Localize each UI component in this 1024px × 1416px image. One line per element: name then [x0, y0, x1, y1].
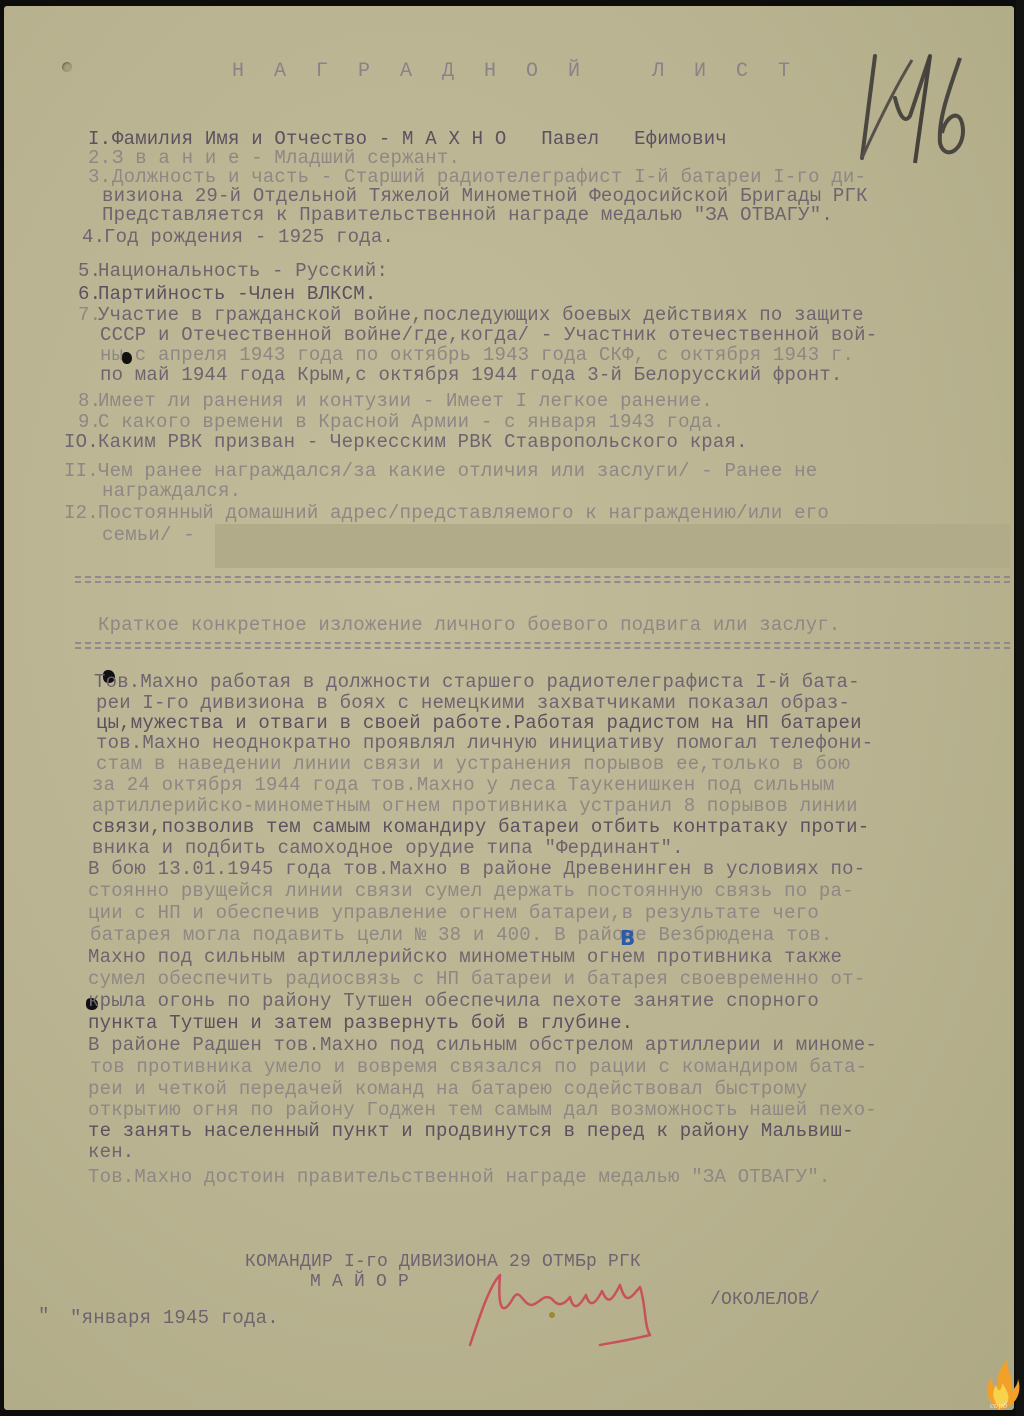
- field-4-num: 4.: [82, 228, 105, 247]
- narrative-line: пункта Тутшен и затем развернуть бой в г…: [88, 1014, 633, 1033]
- field-10-num: IO.: [64, 433, 99, 452]
- narrative-line: кен.: [88, 1143, 134, 1162]
- field-11-previous-awards: Чем ранее награждался/за какие отличия и…: [98, 462, 817, 481]
- narrative-line: Тов.Махно работая в должности старшего р…: [94, 673, 860, 692]
- narrative-line: Тов.Махно достоин правительственной нагр…: [88, 1168, 831, 1187]
- field-12-line-2: семьи/ -: [102, 526, 195, 545]
- field-3-award-line: Представляется к Правительственной награ…: [102, 206, 833, 225]
- narrative-line: тов противника умело и вовремя связался …: [90, 1058, 867, 1077]
- narrative-line: артиллерийско-минометным огнем противник…: [92, 797, 858, 816]
- narrative-line: В районе Радшен тов.Махно под сильным об…: [88, 1036, 877, 1055]
- field-11-line-2: награждался.: [102, 482, 241, 501]
- commander-signature: [460, 1265, 710, 1350]
- document-date: "января 1945 года.: [70, 1309, 279, 1328]
- commander-rank: М А Й О Р: [310, 1273, 409, 1292]
- separator-top: [75, 576, 1010, 580]
- field-7-line-2: СССР и Отечественной войне/где,когда/ - …: [100, 326, 877, 345]
- separator-top-2: [75, 581, 1010, 585]
- narrative-line: батарея могла подавить цели № 38 и 400. …: [90, 926, 833, 945]
- field-12-num: I2.: [64, 504, 99, 523]
- narrative-line: вника и подбить самоходное орудие типа "…: [92, 839, 684, 858]
- separator-bottom-2: [75, 647, 1010, 651]
- field-10-draft-office: Каким РВК призван - Черкесским РВК Ставр…: [98, 433, 748, 452]
- ink-correction: В: [620, 926, 635, 950]
- narrative-line: за 24 октября 1944 года тов.Махно у леса…: [92, 776, 835, 795]
- field-12-home-address: Постоянный домашний адрес/представляемог…: [98, 504, 829, 523]
- field-9-service-start: С какого времени в Красной Армии - с янв…: [98, 413, 725, 432]
- field-6-party: Партийность -Член ВЛКСМ.: [98, 285, 376, 304]
- narrative-line: реи I-го дивизиона в боях с немецкими за…: [96, 694, 850, 713]
- redacted-address: [215, 524, 1010, 568]
- field-7-line-4: по май 1944 года Крым,с октября 1944 год…: [100, 366, 843, 385]
- narrative-line: В бою 13.01.1945 года тов.Махно в районе…: [88, 860, 865, 879]
- field-7-line-3: ны с апреля 1943 года по октябрь 1943 го…: [100, 346, 854, 365]
- narrative-line: тов.Махно неоднократно проявлял личную и…: [96, 734, 873, 753]
- narrative-line: стам в наведении линии связи и устранени…: [96, 755, 850, 774]
- date-day-blank: ": [38, 1307, 50, 1326]
- punch-hole: [62, 62, 72, 72]
- narrative-line: стоянно рвущейся линии связи сумел держа…: [88, 882, 854, 901]
- archive-number-handwritten: 146: [850, 48, 990, 168]
- field-8-wounds: Имеет ли ранения и контузии - Имеет I ле…: [98, 392, 713, 411]
- narrative-line: Махно под сильным артиллерийско минометн…: [88, 948, 842, 967]
- narrative-line: реи и четкой передачей команд на батарею…: [88, 1080, 807, 1099]
- section-heading: Краткое конкретное изложение личного бое…: [98, 616, 841, 635]
- narrative-line: сумел обеспечить радиосвязь с НП батареи…: [88, 970, 865, 989]
- watermark-text: сдрб: [990, 1402, 1007, 1410]
- document-title: Н А Г Р А Д Н О Й Л И С Т: [232, 60, 799, 83]
- narrative-line: ции с НП и обеспечив управление огнем ба…: [88, 904, 819, 923]
- narrative-line: те занять населенный пункт и продвинутся…: [88, 1122, 854, 1141]
- scan-border: [1016, 0, 1024, 1416]
- separator-bottom: [75, 642, 1010, 646]
- field-7-combat-service: Участие в гражданской войне,последующих …: [98, 306, 864, 325]
- field-11-num: II.: [64, 462, 99, 481]
- commander-name: /ОКОЛЕЛОВ/: [710, 1291, 820, 1310]
- narrative-line: крыла огонь по району Тутшен обеспечила …: [88, 992, 819, 1011]
- narrative-line: открытию огня по району Годжен тем самым…: [88, 1101, 877, 1120]
- narrative-line: цы,мужества и отваги в своей работе.Рабо…: [96, 714, 862, 733]
- field-5-nationality: Национальность - Русский:: [98, 262, 388, 281]
- narrative-line: связи,позволив тем самым командиру батар…: [92, 818, 869, 837]
- field-4-birth-year: Год рождения - 1925 года.: [104, 228, 394, 247]
